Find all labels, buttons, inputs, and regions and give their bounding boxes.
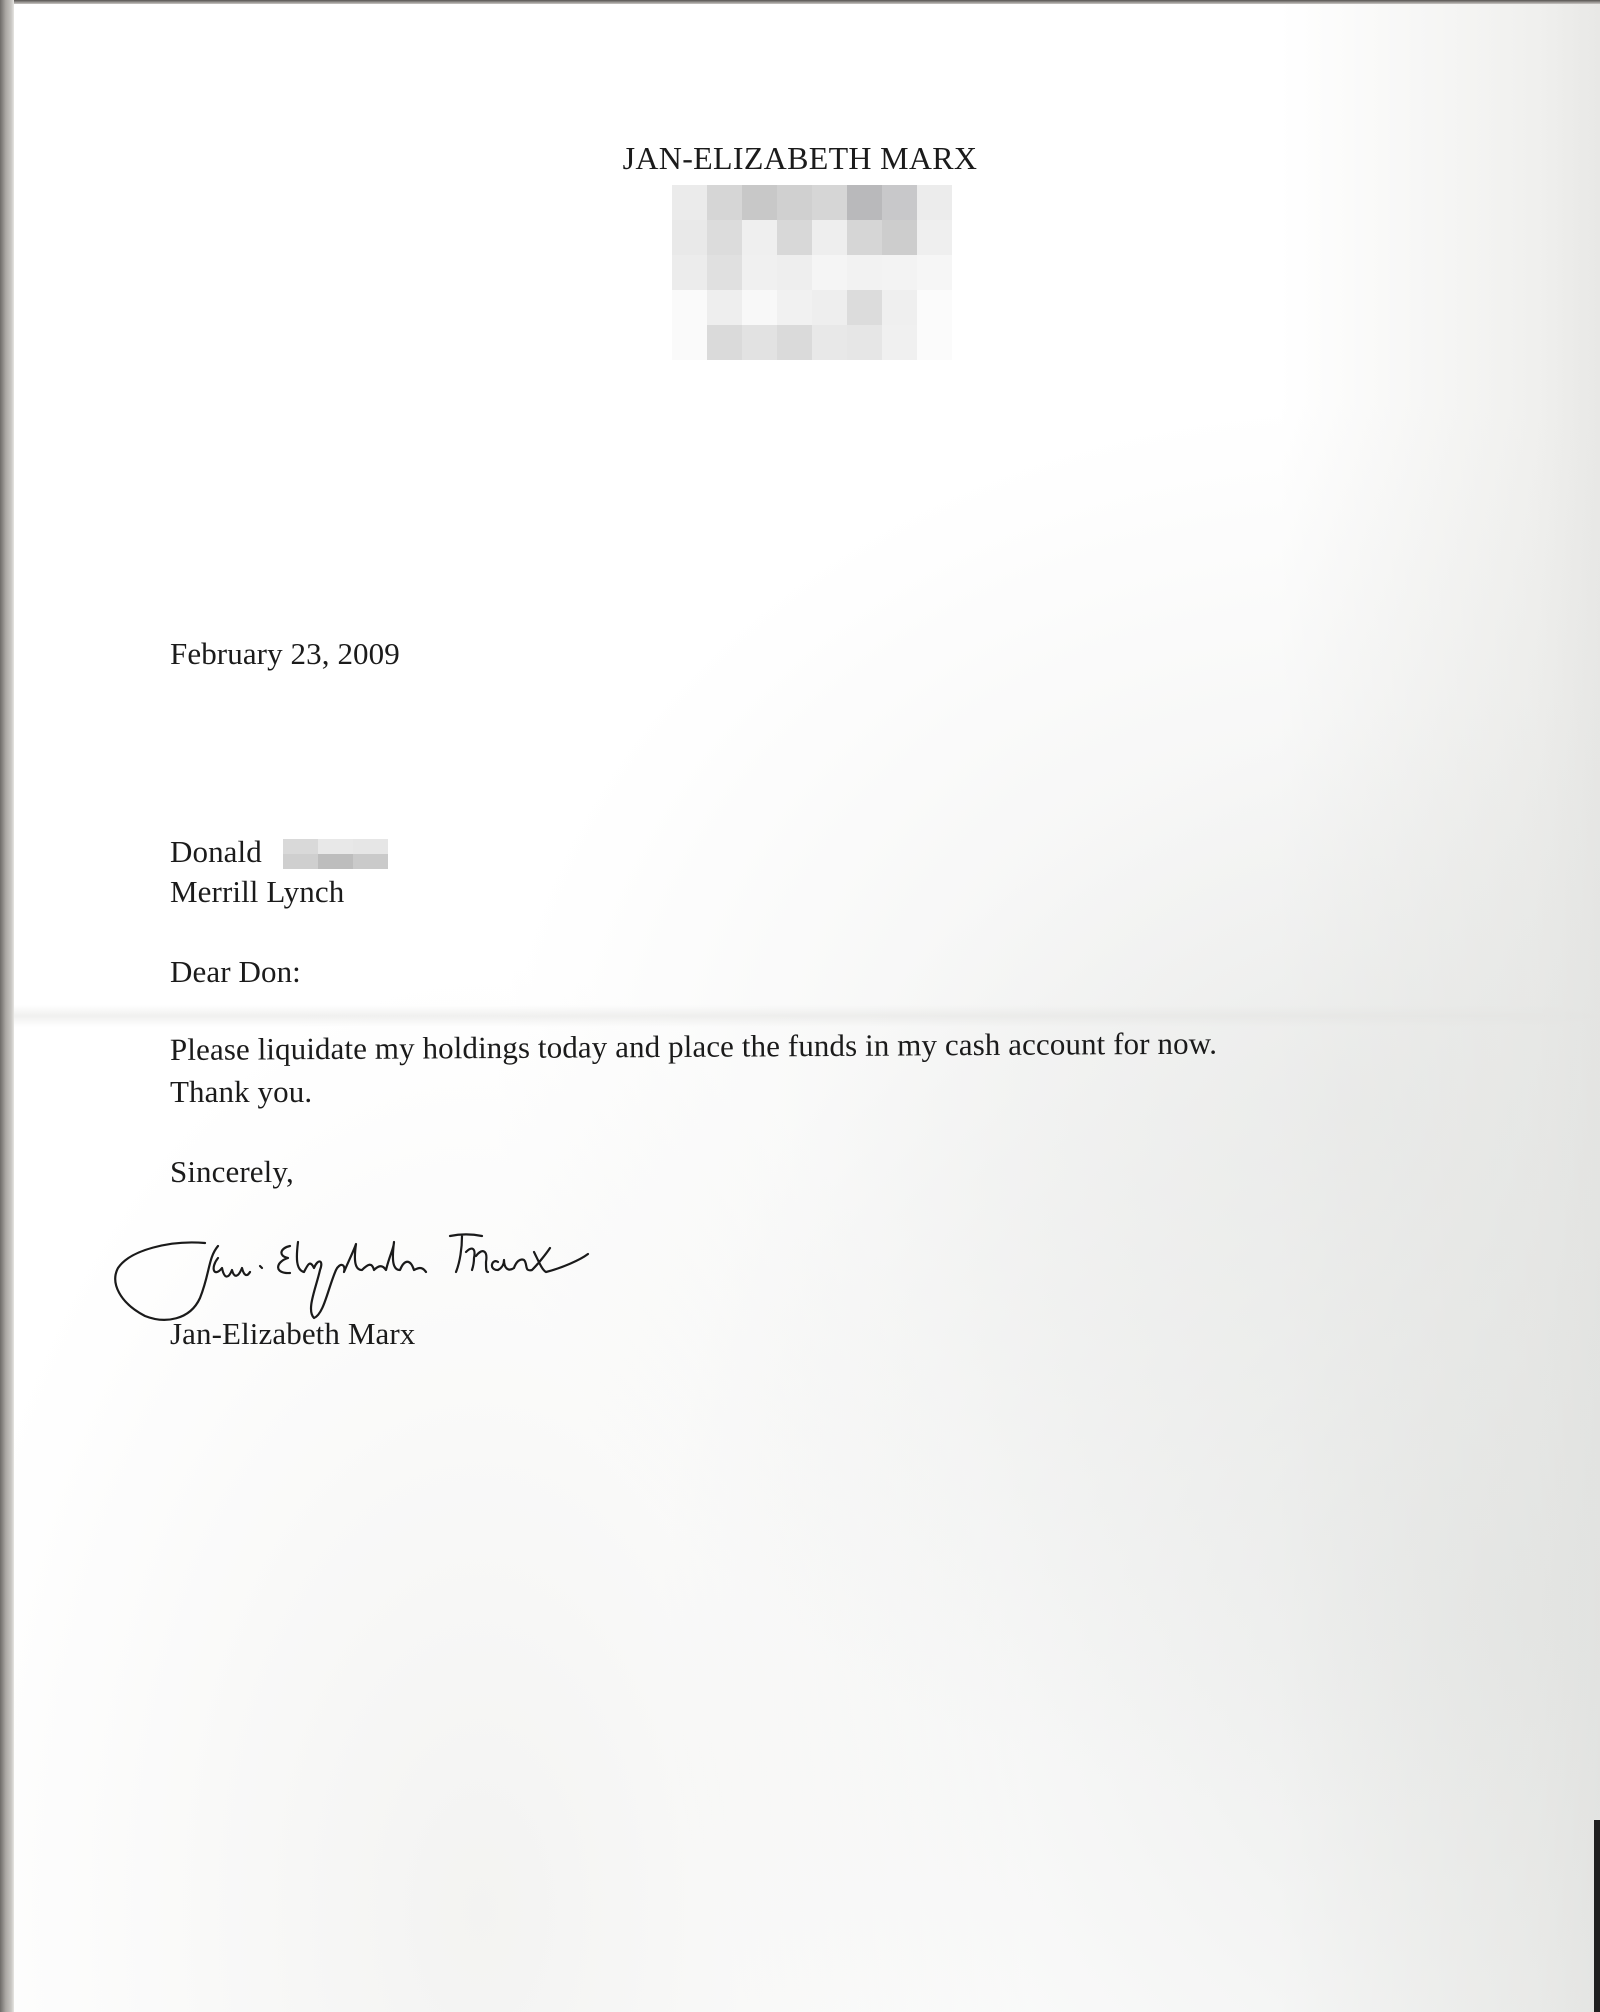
redaction-pixel <box>672 325 707 360</box>
closing: Sincerely, <box>170 1152 294 1192</box>
redaction-pixel <box>777 185 812 220</box>
redaction-pixel <box>917 290 952 325</box>
recipient-first-name: Donald <box>170 832 262 872</box>
redaction-pixel <box>917 325 952 360</box>
scanned-letter-page: JAN-ELIZABETH MARX February 23, 2009 Don… <box>0 0 1600 2012</box>
redaction-pixel <box>318 854 353 869</box>
redaction-pixel <box>672 290 707 325</box>
scan-top-edge <box>0 0 1600 4</box>
redaction-pixel <box>742 325 777 360</box>
redaction-pixel <box>847 325 882 360</box>
scan-right-edge <box>1594 1820 1600 2012</box>
redaction-pixel <box>353 839 388 854</box>
redaction-pixel <box>707 185 742 220</box>
recipient-company: Merrill Lynch <box>170 872 344 912</box>
redaction-pixel <box>777 255 812 290</box>
redaction-pixel <box>917 185 952 220</box>
redaction-pixel <box>707 325 742 360</box>
redaction-pixel <box>847 290 882 325</box>
redaction-pixel <box>812 290 847 325</box>
redaction-pixel <box>742 220 777 255</box>
redaction-pixel <box>672 255 707 290</box>
body-line-2: Thank you. <box>170 1072 312 1112</box>
redaction-pixel <box>353 854 388 869</box>
letterhead-name: JAN-ELIZABETH MARX <box>0 138 1600 178</box>
redaction-pixel <box>812 185 847 220</box>
redaction-pixel <box>812 255 847 290</box>
redaction-pixel <box>882 290 917 325</box>
redaction-pixel <box>882 325 917 360</box>
scan-left-edge <box>0 0 14 2012</box>
redaction-pixel <box>742 255 777 290</box>
redaction-pixel <box>707 255 742 290</box>
redaction-pixel <box>882 220 917 255</box>
salutation: Dear Don: <box>170 952 301 992</box>
redaction-pixel <box>777 290 812 325</box>
redacted-recipient-surname <box>283 839 388 869</box>
letter-date: February 23, 2009 <box>170 634 400 674</box>
redaction-pixel <box>777 220 812 255</box>
redaction-pixel <box>777 325 812 360</box>
body-line-1: Please liquidate my holdings today and p… <box>170 1024 1217 1070</box>
redaction-pixel <box>742 290 777 325</box>
redaction-pixel <box>283 854 318 869</box>
redaction-pixel <box>283 839 318 854</box>
redaction-pixel <box>882 185 917 220</box>
redaction-pixel <box>882 255 917 290</box>
redaction-pixel <box>812 325 847 360</box>
redaction-pixel <box>847 255 882 290</box>
redaction-pixel <box>672 220 707 255</box>
redaction-pixel <box>742 185 777 220</box>
signer-name: Jan-Elizabeth Marx <box>170 1314 415 1354</box>
redaction-pixel <box>847 220 882 255</box>
paper-fold-crease <box>14 1005 1600 1027</box>
redaction-pixel <box>707 290 742 325</box>
redaction-pixel <box>707 220 742 255</box>
redaction-pixel <box>812 220 847 255</box>
redaction-pixel <box>917 255 952 290</box>
redaction-pixel <box>672 185 707 220</box>
redaction-pixel <box>847 185 882 220</box>
redacted-address-block <box>672 185 952 360</box>
redaction-pixel <box>917 220 952 255</box>
redaction-pixel <box>318 839 353 854</box>
